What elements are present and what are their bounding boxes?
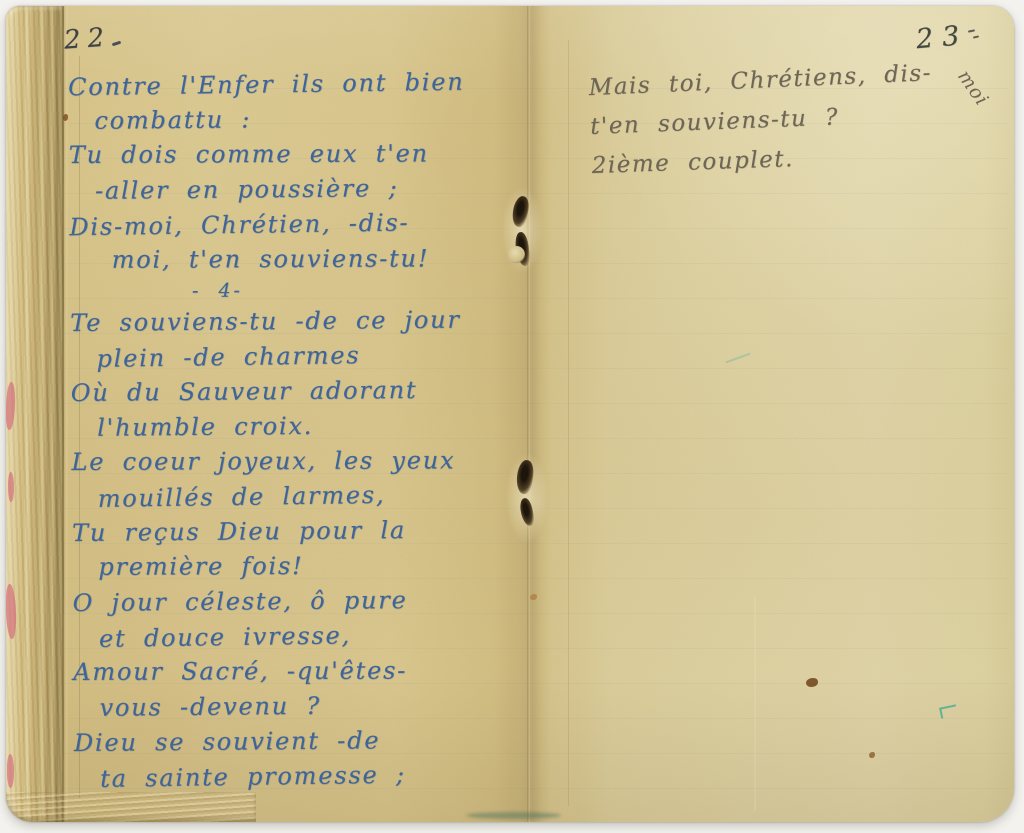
page-number-right: 23: [915, 20, 970, 55]
handwritten-line: vous -devenu ?: [73, 688, 543, 727]
handwritten-line: Amour Sacré, -qu'êtes-: [73, 654, 543, 691]
handwritten-line: Où du Sauveur adorant: [71, 373, 541, 412]
handwritten-line: O jour céleste, ô pure: [73, 583, 543, 622]
handwritten-line: Dis-moi, Chrétien, -dis-: [69, 205, 539, 247]
handwritten-line: moi, t'en souviens-tu!: [70, 242, 540, 279]
handwritten-line: l'humble croix.: [71, 408, 541, 447]
notebook-spread: 22 23 Contre l'Enfer ils ont biencombatt…: [6, 6, 1014, 822]
worn-page-edge-stack: [6, 6, 64, 822]
handwritten-line: Le coeur joyeux, les yeux: [71, 444, 541, 481]
handwritten-line: et douce ivresse,: [73, 617, 543, 659]
handwritten-line: -aller en poussière ;: [69, 171, 539, 210]
pink-edge-paint: [7, 754, 14, 788]
handwritten-line: Contre l'Enfer ils ont bien: [68, 65, 538, 107]
right-page-fold: [754, 596, 756, 810]
handwritten-line: Tu dois comme eux t'en: [69, 137, 539, 174]
handwritten-line: mouillés de larmes,: [72, 477, 542, 519]
pink-edge-paint: [8, 472, 14, 502]
handwritten-line: première fois!: [72, 549, 542, 586]
left-page-handwriting: Contre l'Enfer ils ont biencombattu :Tu …: [68, 66, 544, 797]
handwritten-line: plein -de charmes: [70, 337, 540, 379]
page-number-left: 22: [63, 22, 112, 55]
right-page-handwriting: Mais toi, Chrétiens, dis-t'en souviens-t…: [588, 52, 1012, 188]
handwritten-line: Dieu se souvient -de: [74, 723, 544, 762]
page-edge-crevice: [62, 6, 68, 822]
handwritten-line: ta sainte promesse ;: [74, 757, 544, 799]
handwritten-line: - 4-: [70, 276, 540, 307]
green-edge-smudge: [466, 812, 561, 819]
handwritten-line: Tu reçus Dieu pour la: [72, 513, 542, 552]
handwritten-line: combattu :: [68, 101, 538, 140]
handwritten-line: Te souviens-tu -de ce jour: [70, 303, 540, 342]
